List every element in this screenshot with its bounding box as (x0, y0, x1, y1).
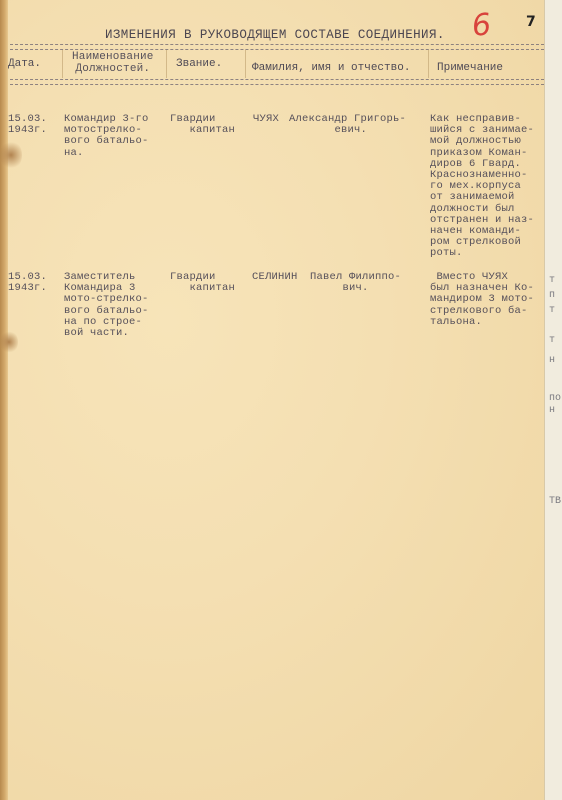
edge-fragment: т (549, 335, 555, 346)
column-header-rank: Звание. (176, 58, 222, 70)
column-header-note: Примечание (437, 62, 503, 74)
row1-surname: ЧУЯХ (253, 114, 279, 125)
edge-fragment: п (549, 290, 555, 301)
row2-rank: Гвардии капитан (170, 272, 235, 294)
column-header-full-name: Фамилия, имя и отчество. (252, 62, 410, 74)
document-title: ИЗМЕНЕНИЯ В РУКОВОДЯЩЕМ СОСТАВЕ СОЕДИНЕН… (105, 28, 445, 42)
edge-fragment: н (549, 405, 555, 416)
row1-position: Командир 3-го мотострелко- вого батальо-… (64, 114, 149, 159)
row1-date: 15.03. 1943г. (8, 114, 47, 136)
edge-fragment: н (549, 355, 555, 366)
edge-fragment: т (549, 275, 555, 286)
column-header-position: Наименование Должностей. (72, 51, 154, 75)
column-separator (428, 50, 429, 78)
row2-surname: СЕЛИНИН (252, 272, 298, 283)
column-header-date: Дата. (8, 58, 41, 70)
header-rule-top (10, 44, 544, 50)
folio-number-ink: 7 (526, 14, 536, 30)
column-separator (166, 50, 167, 78)
adjacent-page-edge: т п т т н по н ТВ (544, 0, 562, 800)
column-separator (62, 50, 63, 78)
row1-rank: Гвардии капитан (170, 114, 235, 136)
column-separator (245, 50, 246, 78)
folio-number-red: 6 (470, 7, 493, 44)
row2-date: 15.03. 1943г. (8, 272, 47, 294)
paper-damage (0, 330, 18, 354)
edge-fragment: ТВ (549, 496, 561, 507)
header-rule-bottom (10, 79, 544, 85)
row2-note: Вместо ЧУЯХ был назначен Ко- мандиром 3 … (430, 272, 534, 328)
row2-position: Заместитель Командира 3 мото-стрелко- во… (64, 272, 149, 339)
row1-name: Александр Григорь- евич. (289, 114, 406, 136)
edge-fragment: т (549, 305, 555, 316)
paper-damage (0, 140, 22, 170)
row2-name: Павел Филиппо- вич. (310, 272, 401, 294)
binding-spine (0, 0, 8, 800)
row1-note: Как несправив- шийся с занимае- мой долж… (430, 114, 534, 260)
edge-fragment: по (549, 393, 561, 404)
